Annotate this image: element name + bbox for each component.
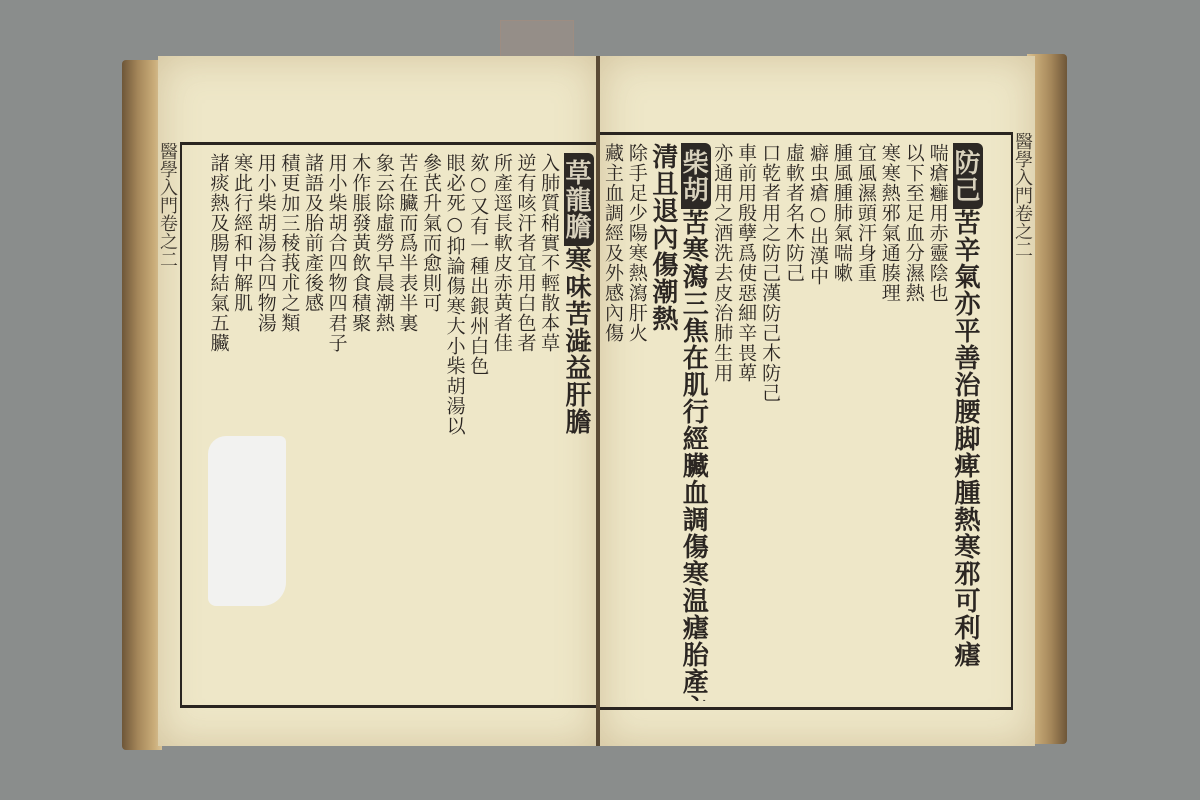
text-column: 逆有咳汗者宜用白色者: [517, 153, 539, 699]
text-column: 虛軟者名木防己: [785, 143, 807, 701]
left-text-frame: 草龍膽寒味苦澁益肝膽 入肺質稍實不輕散本草 逆有咳汗者宜用白色者 所產逕長軟皮赤…: [180, 142, 598, 708]
right-columns: 防己苦辛氣亦平善治腰脚痺腫熱寒邪可利瘧 喘瘡癰用赤靈陰也 以下至足血分濕熱 寒寒…: [604, 143, 983, 701]
left-columns: 草龍膽寒味苦澁益肝膽 入肺質稍實不輕散本草 逆有咳汗者宜用白色者 所產逕長軟皮赤…: [210, 153, 594, 699]
left-page: 醫學入門卷之二 草龍膽寒味苦澁益肝膽 入肺質稍實不輕散本草 逆有咳汗者宜用白色者…: [158, 56, 598, 746]
text-column: 寒此行經和中解肌: [234, 153, 256, 699]
entry-column: 柴胡苦寒瀉三焦在肌行經臟血調傷寒温瘧胎產主: [681, 143, 711, 701]
entry-head: 草龍膽: [564, 153, 594, 246]
left-margin-title: 醫學入門卷之二: [158, 142, 180, 268]
right-page: 醫學入門卷之二 防己苦辛氣亦平善治腰脚痺腫熱寒邪可利瘧 喘瘡癰用赤靈陰也 以下至…: [600, 56, 1035, 746]
text-column: 寒寒熱邪氣通腠理: [881, 143, 903, 701]
text-column: 欬○又有一種出銀州白色: [470, 153, 492, 699]
torn-paper-patch: [208, 436, 286, 606]
text-column: 癖虫瘡○出漢中: [809, 143, 831, 701]
entry-column: 防己苦辛氣亦平善治腰脚痺腫熱寒邪可利瘧: [953, 143, 983, 701]
text-column: 諸語及胎前產後感: [304, 153, 326, 699]
right-text-frame: 防己苦辛氣亦平善治腰脚痺腫熱寒邪可利瘧 喘瘡癰用赤靈陰也 以下至足血分濕熱 寒寒…: [600, 132, 1013, 710]
entry-column: 草龍膽寒味苦澁益肝膽: [564, 153, 594, 699]
text-column: 諸痰熱及腸胃結氣五臟: [210, 153, 232, 699]
text-column: 入肺質稍實不輕散本草: [540, 153, 562, 699]
text-column: 苦在臟而爲半表半裏: [399, 153, 421, 699]
text-column: 除手足少陽寒熱瀉肝火: [628, 143, 650, 701]
text-column: 象云除虛勞早晨潮熱: [375, 153, 397, 699]
text-column: 腫風腫肺氣喘嗽: [833, 143, 855, 701]
text-column: 以下至足血分濕熱: [905, 143, 927, 701]
right-margin-title: 醫學入門卷之二: [1013, 132, 1035, 258]
text-column: 口乾者用之防己漢防己木防己: [761, 143, 783, 701]
text-column: 清且退內傷潮熱: [652, 143, 679, 701]
text-column: 藏主血調經及外感內傷: [604, 143, 626, 701]
text-column: 參芪升氣而愈則可: [422, 153, 444, 699]
text-column: 喘瘡癰用赤靈陰也: [929, 143, 951, 701]
text-column: 亦通用之酒洗去皮治肺生用: [713, 143, 735, 701]
text-column: 用小柴胡合四物四君子: [328, 153, 350, 699]
text-column: 宜風濕頭汗身重: [857, 143, 879, 701]
text-column: 木作脹發黃飲食積聚: [352, 153, 374, 699]
entry-head: 柴胡: [681, 143, 711, 209]
entry-head: 防己: [953, 143, 983, 209]
text-column: 所產逕長軟皮赤黃者佳: [493, 153, 515, 699]
text-column: 用小柴胡湯合四物湯: [257, 153, 279, 699]
text-column: 眼必死○抑論傷寒大小柴胡湯以: [446, 153, 468, 699]
text-column: 車前用殷孽爲使惡細辛畏萆: [737, 143, 759, 701]
open-book: 醫學入門卷之二 草龍膽寒味苦澁益肝膽 入肺質稍實不輕散本草 逆有咳汗者宜用白色者…: [122, 52, 1067, 747]
text-column: 積更加三稜莪朮之類: [281, 153, 303, 699]
